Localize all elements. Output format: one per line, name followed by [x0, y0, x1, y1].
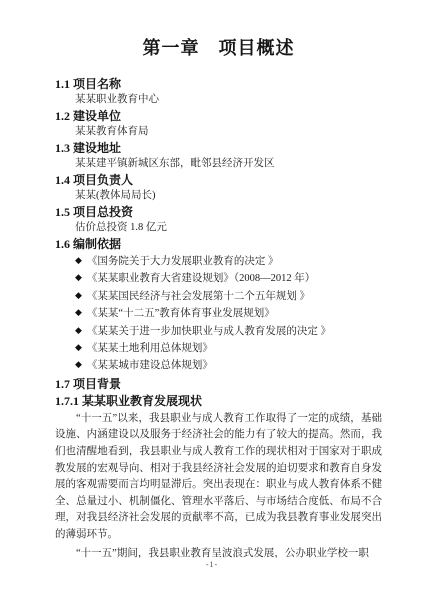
diamond-bullet-icon: ◆	[75, 255, 82, 265]
background-heading: 1.7 项目背景	[55, 377, 382, 392]
section-project-background: 1.7 项目背景 1.7.1 某某职业教育发展现状 “十一五”以来，我县职业与成…	[55, 377, 382, 558]
basis-item: ◆《某某土地利用总体规划》	[75, 340, 382, 357]
section-body: 估价总投资 1.8 亿元	[75, 221, 382, 235]
page-number: -1-	[0, 560, 424, 569]
background-subheading: 1.7.1 某某职业教育发展现状	[55, 394, 382, 409]
section-project-leader: 1.4 项目负责人 某某(教体局局长)	[55, 173, 382, 203]
section-heading: 1.2 建设单位	[55, 109, 382, 124]
basis-item-text: 《某某“十二五”教育体育事业发展规划》	[87, 308, 275, 319]
section-heading: 1.4 项目负责人	[55, 173, 382, 188]
diamond-bullet-icon: ◆	[75, 359, 82, 369]
diamond-bullet-icon: ◆	[75, 290, 82, 300]
document-page: 第一章 项目概述 1.1 项目名称 某某职业教育中心 1.2 建设单位 某某教育…	[0, 0, 424, 600]
chapter-title: 第一章 项目概述	[55, 36, 382, 60]
section-total-investment: 1.5 项目总投资 估价总投资 1.8 亿元	[55, 205, 382, 235]
basis-item-text: 《某某职业教育大省建设规划》（2008—2012 年）	[87, 273, 315, 284]
basis-item-text: 《某某国民经济与社会发展第十二个五年规划 》	[87, 291, 310, 302]
basis-item: ◆《某某国民经济与社会发展第十二个五年规划 》	[75, 288, 382, 305]
section-heading: 1.5 项目总投资	[55, 205, 382, 220]
basis-item: ◆《某某关于进一步加快职业与成人教育发展的决定 》	[75, 323, 382, 340]
basis-item: ◆《某某城市建设总体规划》	[75, 357, 382, 374]
diamond-bullet-icon: ◆	[75, 307, 82, 317]
diamond-bullet-icon: ◆	[75, 342, 82, 352]
basis-item-text: 《某某关于进一步加快职业与成人教育发展的决定 》	[87, 326, 331, 337]
section-heading: 1.1 项目名称	[55, 77, 382, 92]
section-heading: 1.3 建设地址	[55, 141, 382, 156]
basis-item-text: 《某某土地利用总体规划》	[87, 343, 213, 354]
section-construction-address: 1.3 建设地址 某某建平镇新城区东部，毗邻县经济开发区	[55, 141, 382, 171]
section-project-name: 1.1 项目名称 某某职业教育中心	[55, 77, 382, 107]
basis-list: ◆《国务院关于大力发展职业教育的决定 》 ◆《某某职业教育大省建设规划》（200…	[55, 253, 382, 375]
basis-item-text: 《某某城市建设总体规划》	[87, 360, 213, 371]
basis-item: ◆《某某职业教育大省建设规划》（2008—2012 年）	[75, 270, 382, 287]
diamond-bullet-icon: ◆	[75, 272, 82, 282]
basis-item: ◆《国务院关于大力发展职业教育的决定 》	[75, 253, 382, 270]
background-paragraph-2: “十一五”期间，我县职业教育呈波浪式发展，公办职业学校一职	[55, 546, 382, 558]
section-body: 某某教育体育局	[75, 125, 382, 139]
section-body: 某某职业教育中心	[75, 93, 382, 107]
section-body: 某某建平镇新城区东部，毗邻县经济开发区	[75, 157, 382, 171]
basis-item-text: 《国务院关于大力发展职业教育的决定 》	[87, 256, 279, 267]
basis-item: ◆《某某“十二五”教育体育事业发展规划》	[75, 305, 382, 322]
section-construction-unit: 1.2 建设单位 某某教育体育局	[55, 109, 382, 139]
section-body: 某某(教体局局长)	[75, 189, 382, 203]
basis-heading: 1.6 编制依据	[55, 237, 382, 252]
background-paragraph-1: “十一五”以来，我县职业与成人教育工作取得了一定的成绩，基础设施、内涵建设以及服…	[55, 411, 382, 544]
diamond-bullet-icon: ◆	[75, 325, 82, 335]
document-content: 第一章 项目概述 1.1 项目名称 某某职业教育中心 1.2 建设单位 某某教育…	[0, 0, 424, 558]
section-compilation-basis: 1.6 编制依据 ◆《国务院关于大力发展职业教育的决定 》 ◆《某某职业教育大省…	[55, 237, 382, 375]
